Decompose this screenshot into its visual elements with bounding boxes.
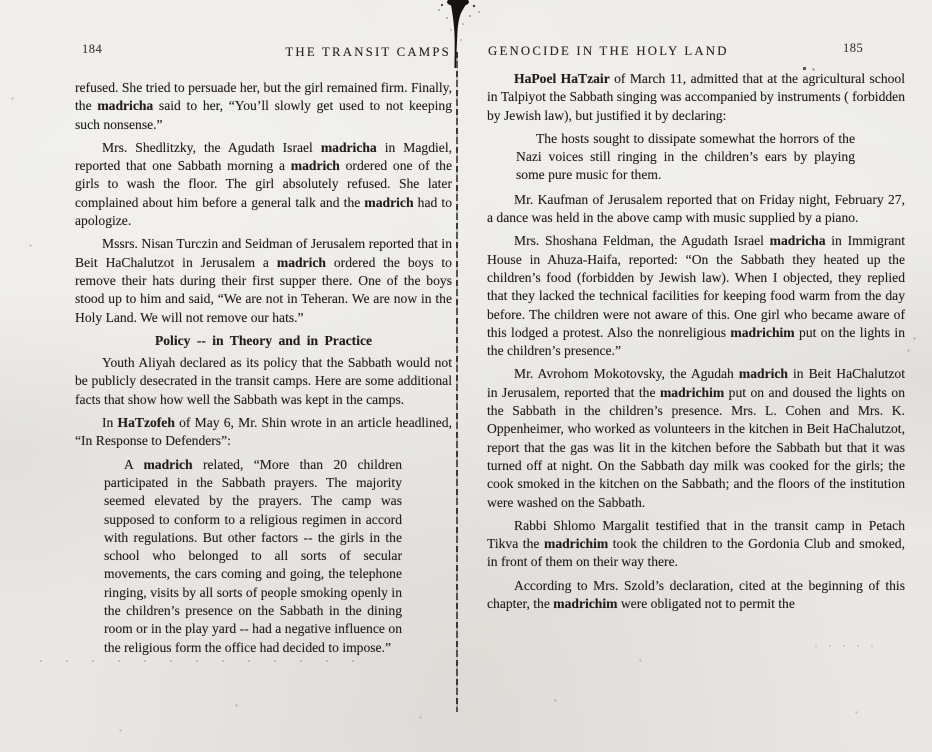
block-quote: The hosts sought to dissipate somewhat t… [516,130,855,185]
paragraph: Mr. Kaufman of Jerusalem reported that o… [487,191,905,228]
page-number-left: 184 [82,42,102,57]
paragraph: Mssrs. Nisan Turczin and Seidman of Jeru… [75,235,452,326]
book-gutter-crease [456,52,458,712]
paragraph: According to Mrs. Szold’s declaration, c… [487,577,905,614]
book-page-right: GENOCIDE IN THE HOLY LAND 185 HaPoel HaT… [466,0,932,752]
running-title-left: THE TRANSIT CAMPS [285,45,451,60]
paragraph: In HaTzofeh of May 6, Mr. Shin wrote in … [75,414,452,451]
paragraph: refused. She tried to persuade her, but … [75,79,452,134]
book-page-left: 184 THE TRANSIT CAMPS refused. She tried… [0,0,466,752]
paragraph: Mrs. Shedlitzky, the Agudath Israel madr… [75,139,452,230]
paragraph: HaPoel HaTzair of March 11, admitted tha… [487,70,905,125]
page-body-right: HaPoel HaTzair of March 11, admitted tha… [487,70,905,618]
ink-blot-artifact [430,0,488,68]
section-heading: Policy -- in Theory and in Practice [75,332,452,350]
scanned-book-spread: 184 THE TRANSIT CAMPS refused. She tried… [0,0,932,752]
page-body-left: refused. She tried to persuade her, but … [75,79,452,663]
scan-speckle-row [40,660,370,662]
paragraph: Mrs. Shoshana Feldman, the Agudath Israe… [487,232,905,360]
block-quote: A madrich related, “More than 20 childre… [104,456,402,657]
paragraph: Rabbi Shlomo Margalit testified that in … [487,517,905,572]
paragraph: Mr. Avrohom Mokotovsky, the Agudah madri… [487,365,905,511]
scan-speckle-row [815,645,875,647]
scan-speckles [0,0,1,1]
running-title-right: GENOCIDE IN THE HOLY LAND [488,44,729,59]
paragraph: Youth Aliyah declared as its policy that… [75,354,452,409]
page-number-right: 185 [843,41,863,56]
